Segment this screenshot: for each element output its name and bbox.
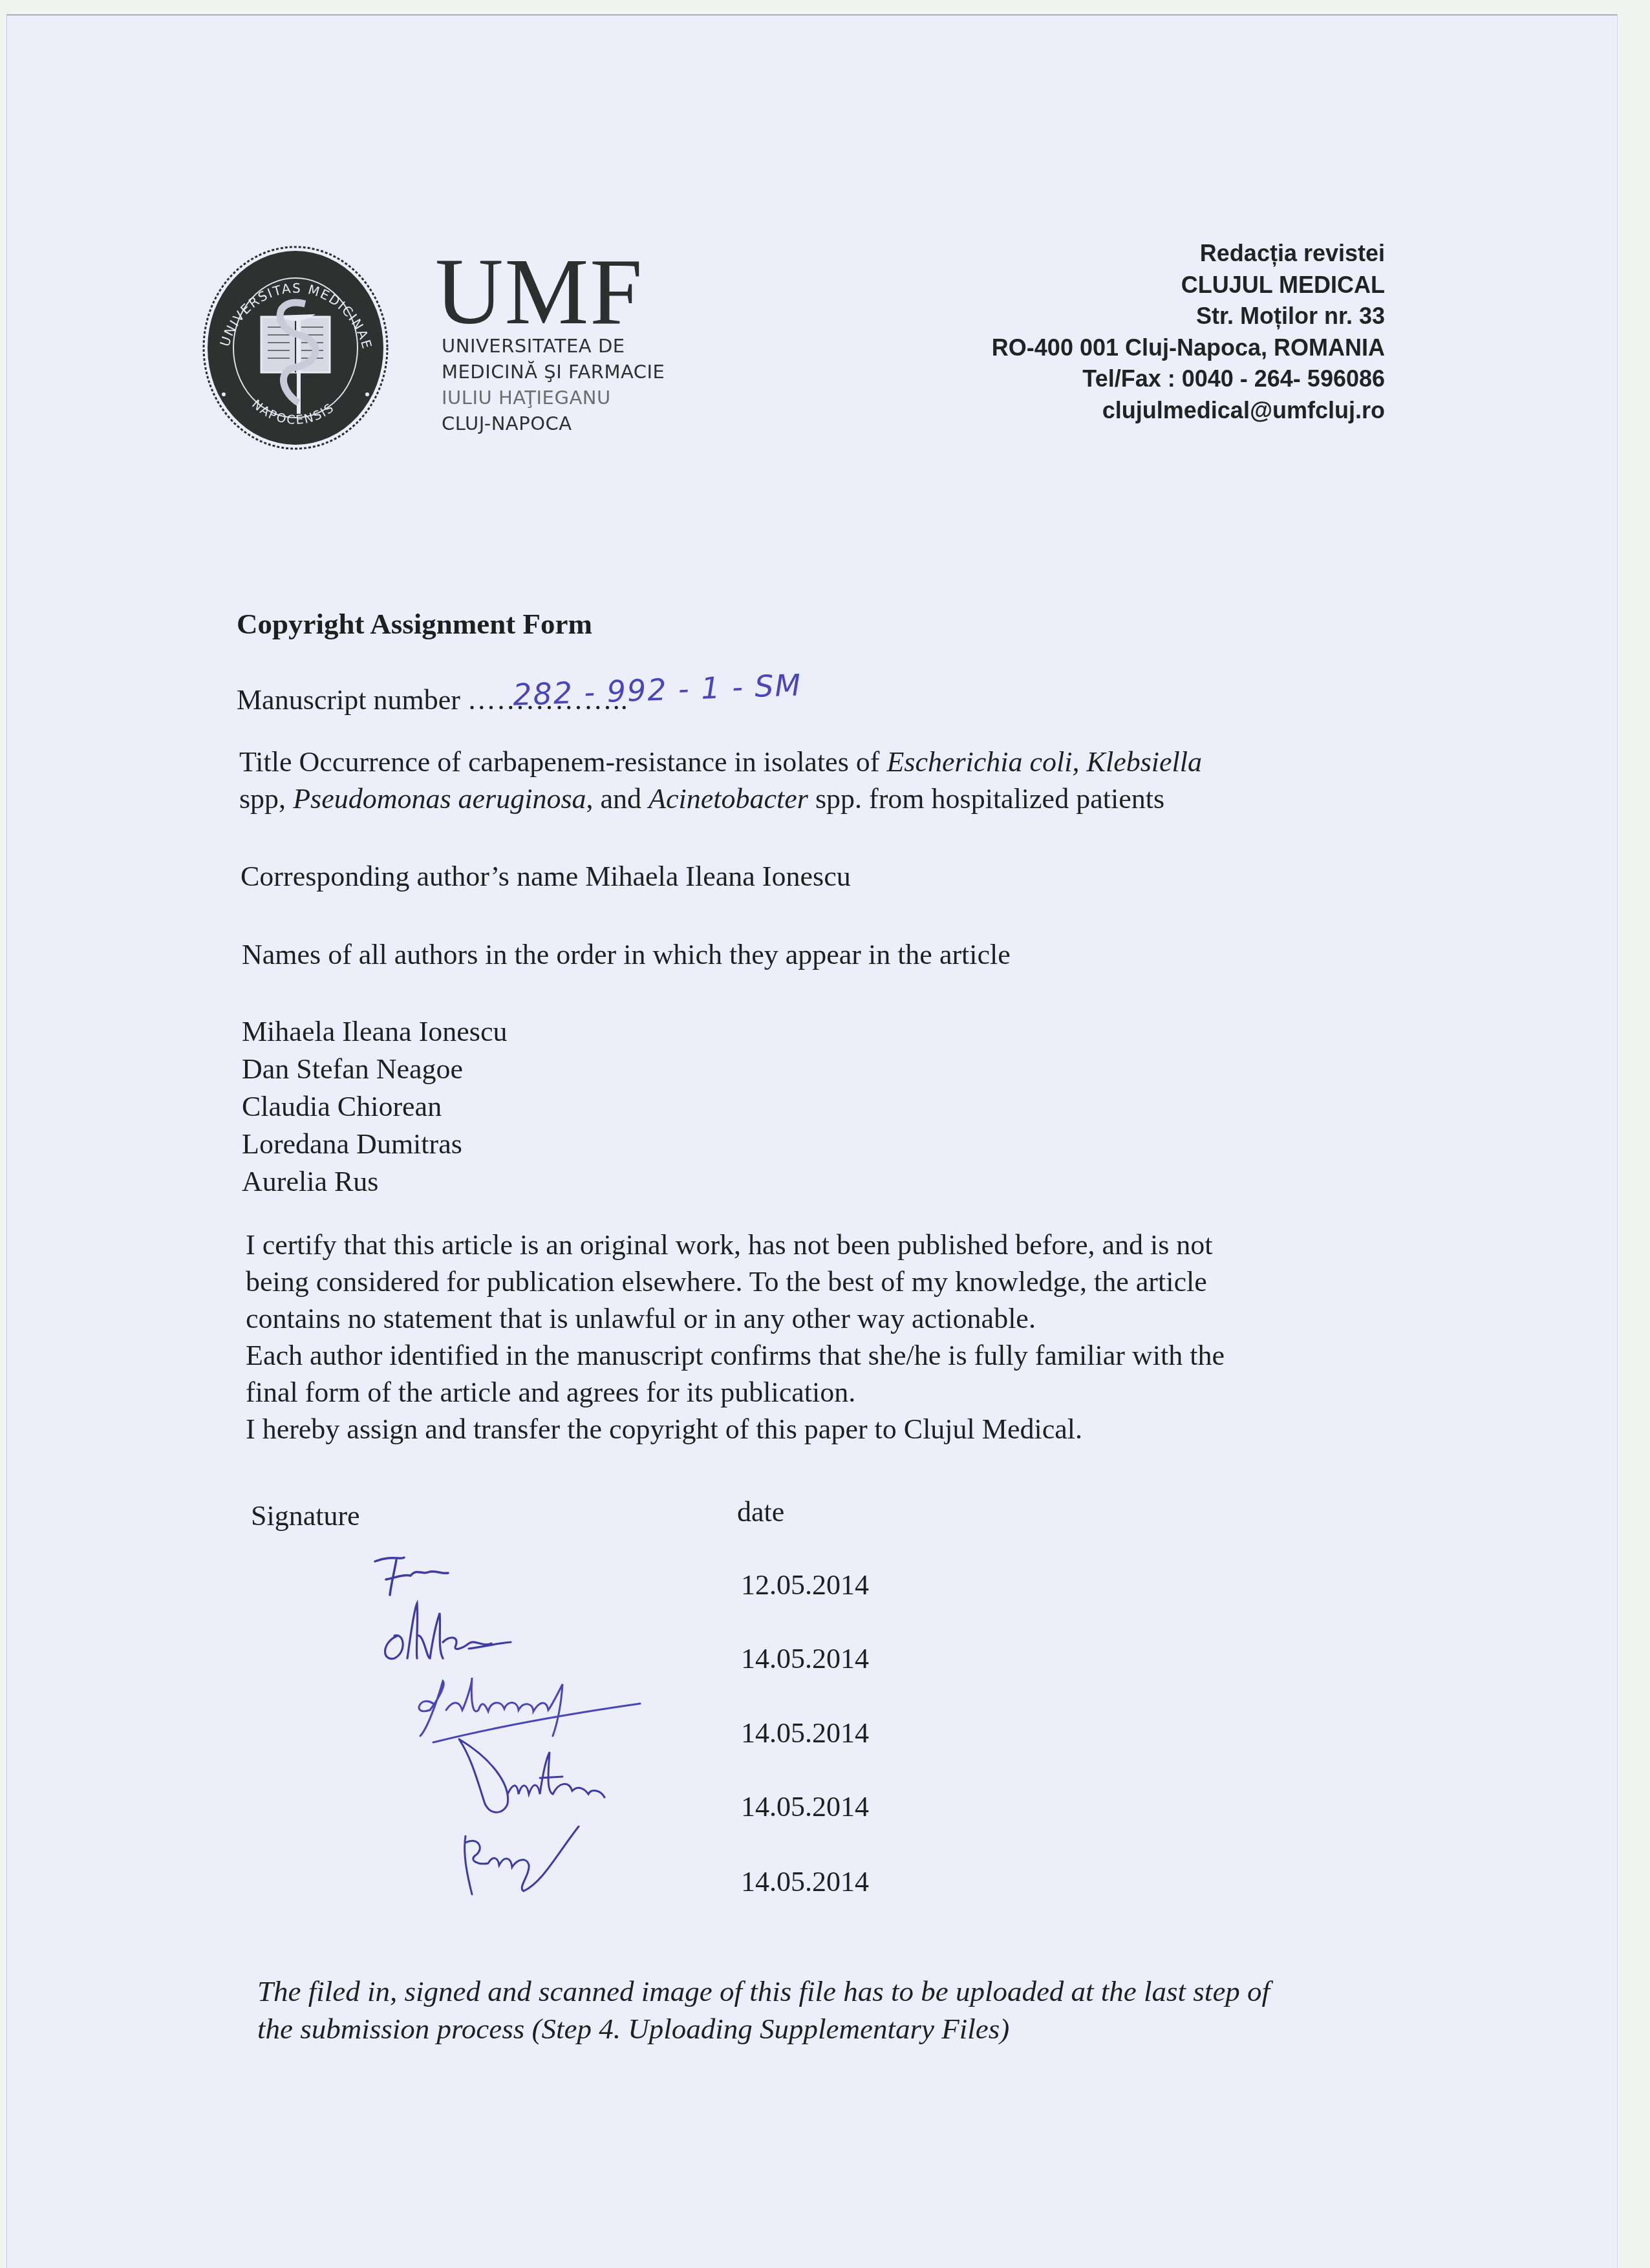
certification-statement: I certify that this article is an origin… — [246, 1226, 1225, 1448]
form-title: Copyright Assignment Form — [237, 605, 592, 643]
journal-email: clujulmedical@umfcluj.ro — [992, 395, 1385, 427]
authors-heading: Names of all authors in the order in whi… — [242, 936, 1011, 974]
university-name: UNIVERSITATEA DE MEDICINĂ ŞI FARMACIE IU… — [442, 333, 665, 436]
university-seal-icon: UNIVERSITAS MEDICINAE ET PHARMACIAE NAPO… — [202, 244, 389, 450]
signature-date-4: 14.05.2014 — [741, 1790, 869, 1823]
journal-address: Redacția revistei CLUJUL MEDICAL Str. Mo… — [992, 238, 1385, 426]
signature-date-2: 14.05.2014 — [741, 1642, 869, 1675]
author-list: Mihaela Ileana Ionescu Dan Stefan Neagoe… — [242, 1013, 507, 1201]
handwritten-signature-2 — [378, 1597, 533, 1668]
signature-label: Signature — [251, 1497, 360, 1535]
umf-acronym: UMF — [435, 244, 643, 339]
signature-date-3: 14.05.2014 — [741, 1717, 869, 1749]
list-item: Dan Stefan Neagoe — [242, 1051, 507, 1088]
handwritten-signature-4 — [446, 1733, 659, 1823]
upload-instructions: The filed in, signed and scanned image o… — [257, 1973, 1270, 2048]
list-item: Loredana Dumitras — [242, 1126, 507, 1163]
handwritten-signature-5 — [453, 1817, 621, 1907]
list-item: Mihaela Ileana Ionescu — [242, 1013, 507, 1051]
corresponding-author: Corresponding author’s name Mihaela Ilea… — [241, 858, 851, 895]
date-label: date — [737, 1493, 784, 1531]
signature-date-1: 12.05.2014 — [741, 1568, 869, 1601]
handwritten-signature-1 — [372, 1548, 475, 1600]
signature-date-5: 14.05.2014 — [741, 1865, 869, 1898]
list-item: Aurelia Rus — [242, 1163, 507, 1201]
list-item: Claudia Chiorean — [242, 1088, 507, 1126]
article-title: Title Occurrence of carbapenem-resistanc… — [239, 744, 1202, 817]
